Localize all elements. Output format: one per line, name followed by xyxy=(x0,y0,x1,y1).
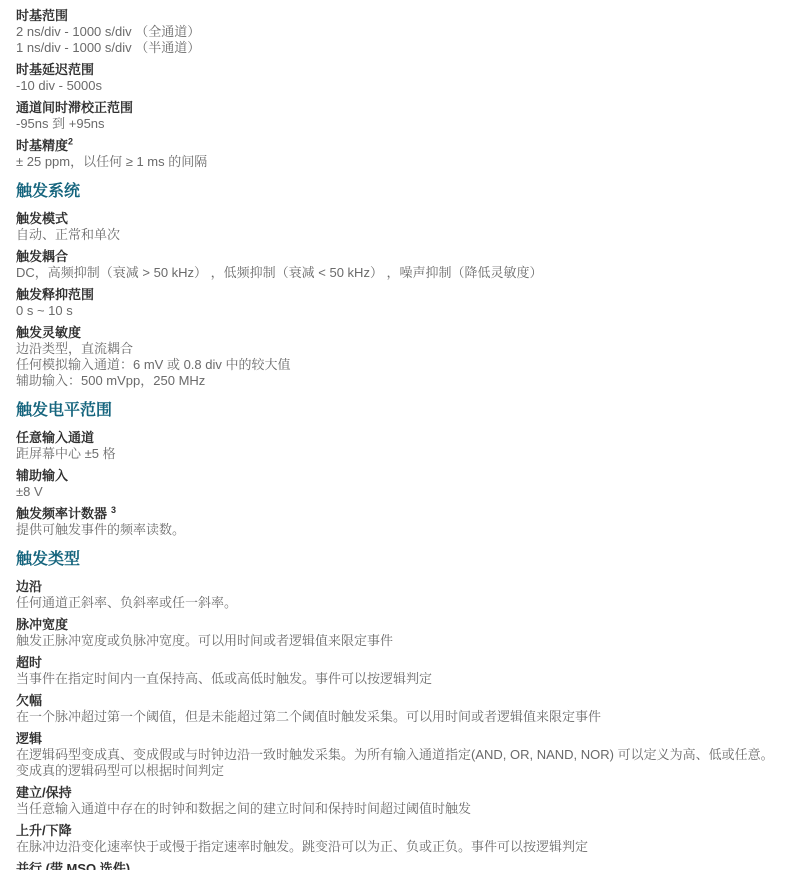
spec-value: 0 s ~ 10 s xyxy=(16,303,774,319)
spec-setup-hold: 建立/保持 当任意输入通道中存在的时钟和数据之间的建立时间和保持时间超过阈值时触… xyxy=(16,785,774,817)
spec-timebase-delay-range: 时基延迟范围 -10 div - 5000s xyxy=(16,62,774,94)
section-heading-trigger-level-range: 触发电平范围 xyxy=(16,401,774,421)
spec-label-rise-fall: 上升/下降 xyxy=(16,823,774,839)
spec-value: 距屏幕中心 ±5 格 xyxy=(16,446,774,462)
spec-document: 时基范围 2 ns/div - 1000 s/div （全通道） 1 ns/di… xyxy=(16,8,774,870)
spec-deskew-range: 通道间时滞校正范围 -95ns 到 +95ns xyxy=(16,100,774,132)
spec-value: 1 ns/div - 1000 s/div （半通道） xyxy=(16,40,774,56)
spec-label-timebase-accuracy: 时基精度2 xyxy=(16,138,774,154)
spec-label-text: 触发模式 xyxy=(16,211,68,226)
spec-value: 触发正脉冲宽度或负脉冲宽度。可以用时间或者逻辑值来限定事件 xyxy=(16,633,774,649)
spec-label-text: 通道间时滞校正范围 xyxy=(16,100,133,115)
spec-label-parallel: 并行 (带 MSO 选件) xyxy=(16,861,774,870)
spec-rise-fall: 上升/下降 在脉冲边沿变化速率快于或慢于指定速率时触发。跳变沿可以为正、负或正负… xyxy=(16,823,774,855)
spec-value: ±8 V xyxy=(16,484,774,500)
spec-label-text: 任意输入通道 xyxy=(16,430,94,445)
section-heading-trigger-types: 触发类型 xyxy=(16,550,774,570)
spec-value: -95ns 到 +95ns xyxy=(16,116,774,132)
footnote-ref-2: 2 xyxy=(68,137,73,147)
spec-runt: 欠幅 在一个脉冲超过第一个阈值，但是未能超过第二个阈值时触发采集。可以用时间或者… xyxy=(16,693,774,725)
spec-label-text: 脉冲宽度 xyxy=(16,617,68,632)
spec-parallel: 并行 (带 MSO 选件) xyxy=(16,861,774,870)
spec-any-input-channel: 任意输入通道 距屏幕中心 ±5 格 xyxy=(16,430,774,462)
spec-trigger-sensitivity: 触发灵敏度 边沿类型，直流耦合 任何模拟输入通道：6 mV 或 0.8 div … xyxy=(16,325,774,389)
spec-label-text: 逻辑 xyxy=(16,731,42,746)
spec-timebase-accuracy: 时基精度2 ± 25 ppm，以任何 ≥ 1 ms 的间隔 xyxy=(16,138,774,170)
spec-label-runt: 欠幅 xyxy=(16,693,774,709)
spec-label-trigger-coupling: 触发耦合 xyxy=(16,249,774,265)
footnote-ref-3: 3 xyxy=(111,505,116,515)
spec-trigger-modes: 触发模式 自动、正常和单次 xyxy=(16,211,774,243)
spec-label-deskew-range: 通道间时滞校正范围 xyxy=(16,100,774,116)
spec-value: 当事件在指定时间内一直保持高、低或高低时触发。事件可以按逻辑判定 xyxy=(16,671,774,687)
spec-label-setup-hold: 建立/保持 xyxy=(16,785,774,801)
spec-trigger-holdoff-range: 触发释抑范围 0 s ~ 10 s xyxy=(16,287,774,319)
spec-value: DC，高频抑制（衰减 > 50 kHz） ，低频抑制（衰减 < 50 kHz） … xyxy=(16,265,774,281)
spec-value: 提供可触发事件的频率读数。 xyxy=(16,522,774,538)
spec-label-timeout: 超时 xyxy=(16,655,774,671)
spec-edge: 边沿 任何通道正斜率、负斜率或任一斜率。 xyxy=(16,579,774,611)
spec-pulse-width: 脉冲宽度 触发正脉冲宽度或负脉冲宽度。可以用时间或者逻辑值来限定事件 xyxy=(16,617,774,649)
spec-logic: 逻辑 在逻辑码型变成真、变成假或与时钟边沿一致时触发采集。为所有输入通道指定(A… xyxy=(16,731,774,779)
spec-label-trigger-frequency-counter: 触发频率计数器3 xyxy=(16,506,774,522)
spec-label-trigger-sensitivity: 触发灵敏度 xyxy=(16,325,774,341)
spec-label-trigger-modes: 触发模式 xyxy=(16,211,774,227)
spec-value: 任何模拟输入通道：6 mV 或 0.8 div 中的较大值 xyxy=(16,357,774,373)
spec-label-text: 时基延迟范围 xyxy=(16,62,94,77)
spec-label-text: 边沿 xyxy=(16,579,42,594)
spec-label-text: 欠幅 xyxy=(16,693,42,708)
spec-trigger-coupling: 触发耦合 DC，高频抑制（衰减 > 50 kHz） ，低频抑制（衰减 < 50 … xyxy=(16,249,774,281)
spec-value: 自动、正常和单次 xyxy=(16,227,774,243)
spec-value: 在逻辑码型变成真、变成假或与时钟边沿一致时触发采集。为所有输入通道指定(AND,… xyxy=(16,747,774,779)
spec-label-text: 触发灵敏度 xyxy=(16,325,81,340)
section-heading-trigger-system: 触发系统 xyxy=(16,182,774,202)
spec-label-text: 触发频率计数器 xyxy=(16,506,107,521)
spec-value: 在脉冲边沿变化速率快于或慢于指定速率时触发。跳变沿可以为正、负或正负。事件可以按… xyxy=(16,839,774,855)
spec-label-text: 触发耦合 xyxy=(16,249,68,264)
spec-label-text: 超时 xyxy=(16,655,42,670)
spec-trigger-frequency-counter: 触发频率计数器3 提供可触发事件的频率读数。 xyxy=(16,506,774,538)
spec-label-timebase-delay-range: 时基延迟范围 xyxy=(16,62,774,78)
spec-label-pulse-width: 脉冲宽度 xyxy=(16,617,774,633)
spec-timeout: 超时 当事件在指定时间内一直保持高、低或高低时触发。事件可以按逻辑判定 xyxy=(16,655,774,687)
spec-label-any-input-channel: 任意输入通道 xyxy=(16,430,774,446)
spec-label-text: 时基精度 xyxy=(16,138,68,153)
spec-label-logic: 逻辑 xyxy=(16,731,774,747)
spec-value: 当任意输入通道中存在的时钟和数据之间的建立时间和保持时间超过阈值时触发 xyxy=(16,801,774,817)
spec-label-text: 建立/保持 xyxy=(16,785,72,800)
spec-aux-input: 辅助输入 ±8 V xyxy=(16,468,774,500)
spec-value: -10 div - 5000s xyxy=(16,78,774,94)
spec-label-text: 上升/下降 xyxy=(16,823,72,838)
spec-value: 边沿类型，直流耦合 xyxy=(16,341,774,357)
spec-value: 任何通道正斜率、负斜率或任一斜率。 xyxy=(16,595,774,611)
spec-label-aux-input: 辅助输入 xyxy=(16,468,774,484)
spec-value: 辅助输入：500 mVpp，250 MHz xyxy=(16,373,774,389)
spec-label-text: 时基范围 xyxy=(16,8,68,23)
spec-label-edge: 边沿 xyxy=(16,579,774,595)
spec-label-text: 并行 (带 MSO 选件) xyxy=(16,861,130,870)
spec-timebase-range: 时基范围 2 ns/div - 1000 s/div （全通道） 1 ns/di… xyxy=(16,8,774,56)
spec-value: ± 25 ppm，以任何 ≥ 1 ms 的间隔 xyxy=(16,154,774,170)
spec-label-text: 辅助输入 xyxy=(16,468,68,483)
spec-label-trigger-holdoff-range: 触发释抑范围 xyxy=(16,287,774,303)
spec-label-text: 触发释抑范围 xyxy=(16,287,94,302)
spec-value: 在一个脉冲超过第一个阈值，但是未能超过第二个阈值时触发采集。可以用时间或者逻辑值… xyxy=(16,709,774,725)
spec-label-timebase-range: 时基范围 xyxy=(16,8,774,24)
spec-value: 2 ns/div - 1000 s/div （全通道） xyxy=(16,24,774,40)
